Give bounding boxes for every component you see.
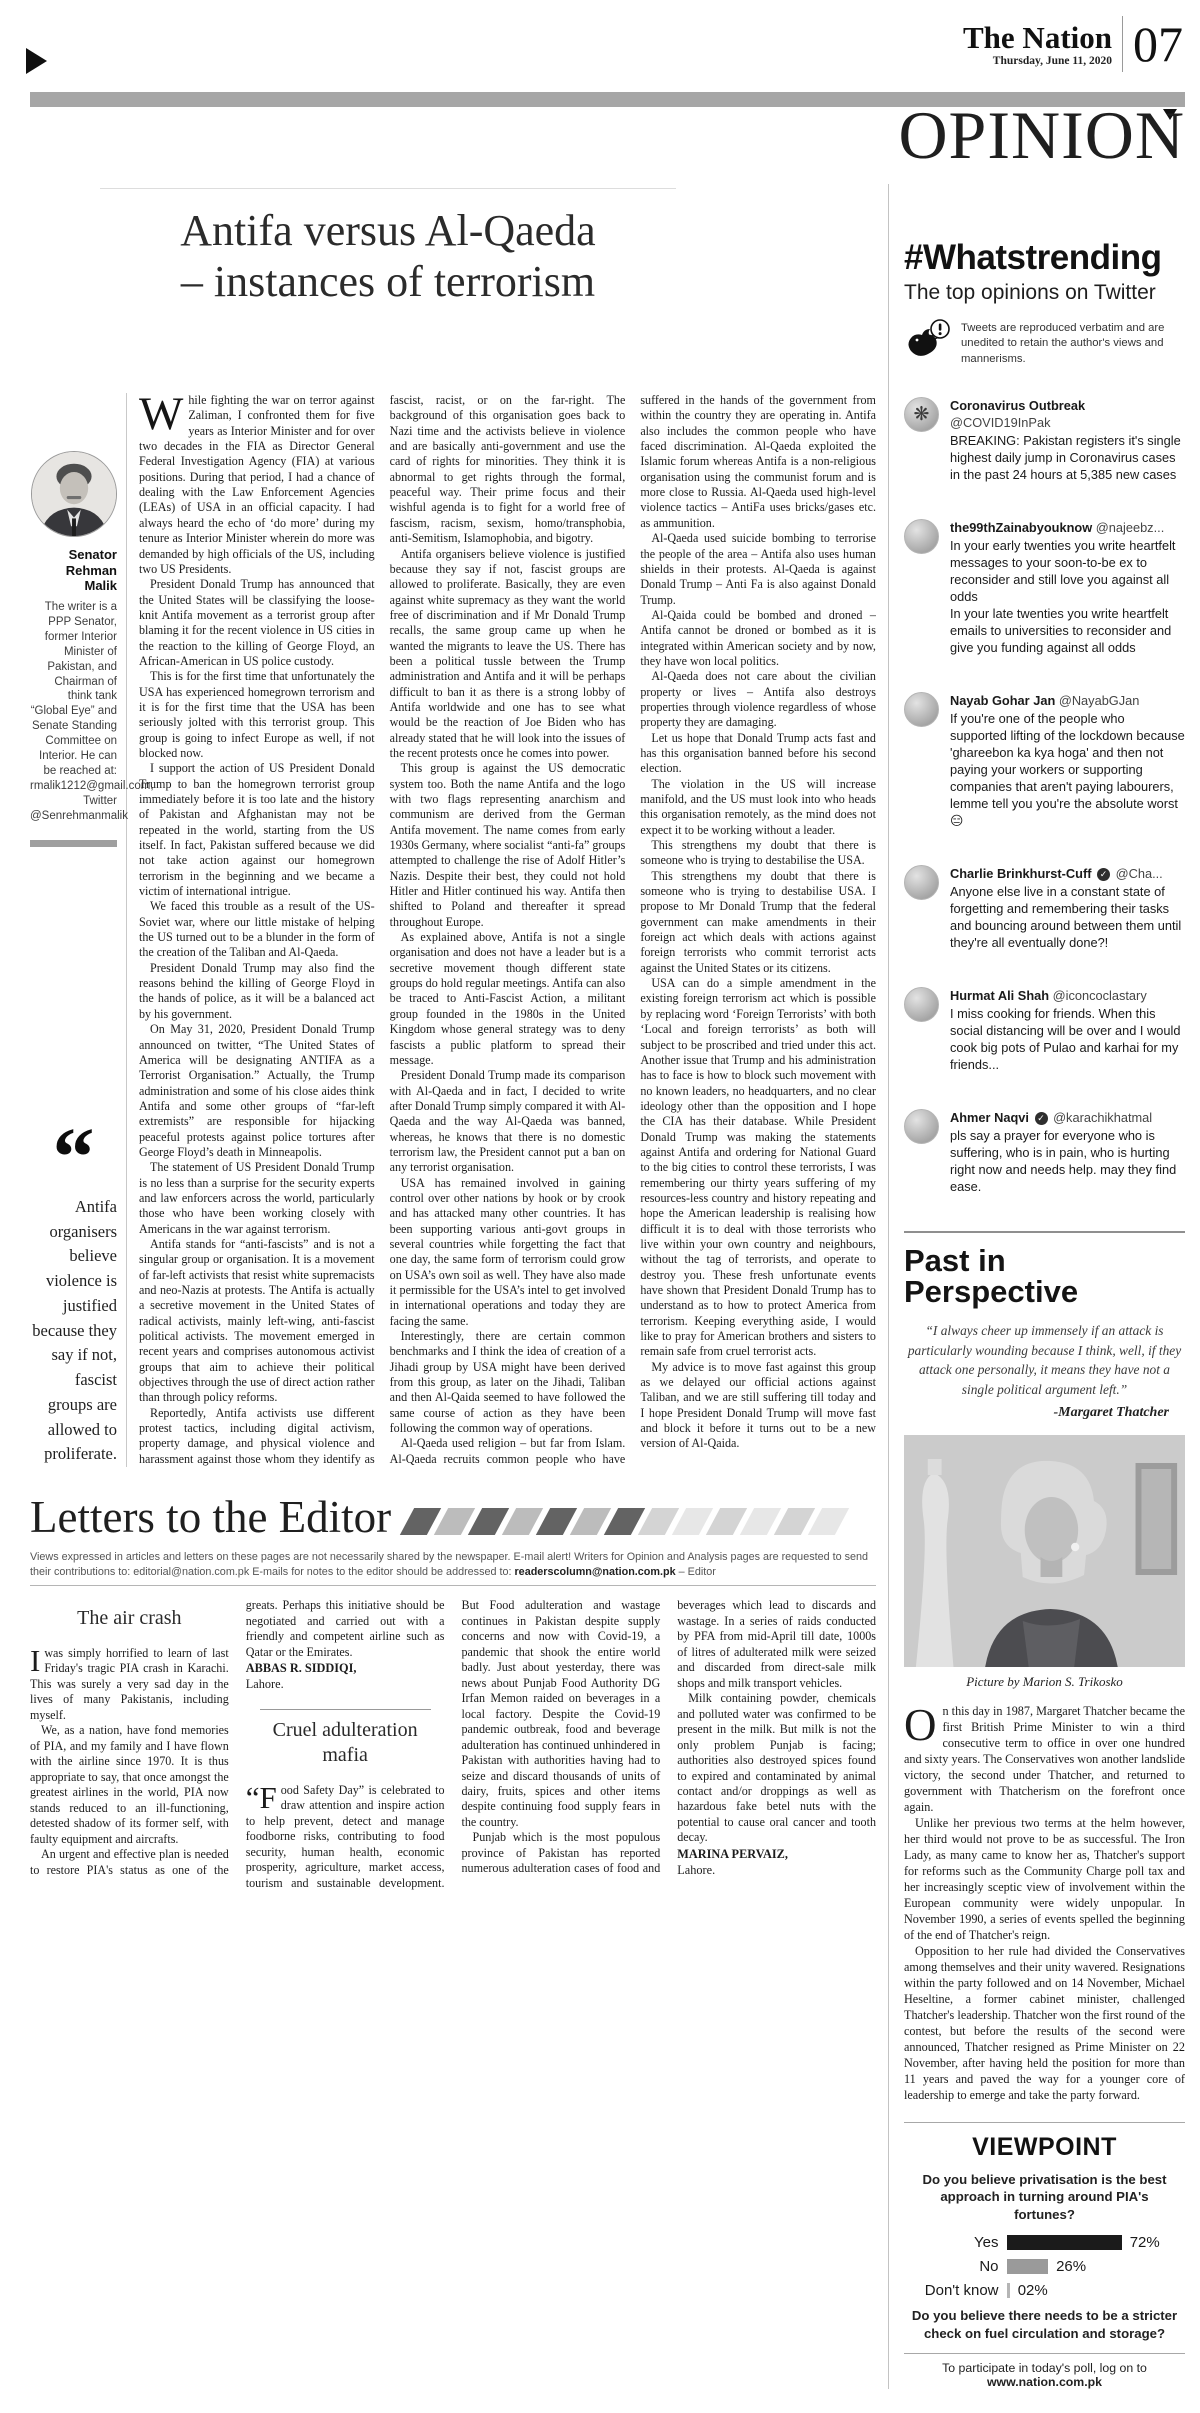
paper-date: Thursday, June 11, 2020: [963, 55, 1112, 67]
quote-icon: “: [30, 1145, 117, 1179]
tweet-text: In your early twenties you write heartfe…: [950, 537, 1185, 656]
pull-quote-text: Antifa organisers believe violence is ju…: [30, 1195, 117, 1467]
poll-option-label: Don't know: [917, 2282, 999, 2299]
pull-quote: “ Antifa organisers believe violence is …: [30, 1119, 117, 1467]
twitter-bird-icon: [904, 319, 952, 361]
tweet-author-handle: @COVID19InPak: [950, 415, 1050, 430]
poll-result-row: No 26%: [917, 2258, 1173, 2275]
article-paragraph: President Donald Trump has announced tha…: [139, 577, 375, 669]
article-title: Antifa versus Al-Qaeda – instances of te…: [100, 188, 676, 307]
avatar: ❋: [904, 397, 939, 432]
tweet-author-handle: @Cha...: [1116, 866, 1163, 881]
poll-option-percent: 26%: [1056, 2258, 1086, 2275]
poll-option-label: Yes: [917, 2234, 999, 2251]
article-paragraph: On May 31, 2020, President Donald Trump …: [139, 1022, 375, 1160]
author-bio-text: The writer is a PPP Senator, former Inte…: [30, 600, 117, 824]
paper-name: The Nation: [963, 22, 1112, 53]
letter-city: Lahore.: [246, 1677, 445, 1693]
article-paragraph: Al-Qaida could be bombed and droned – An…: [640, 608, 876, 669]
article-title-line1: Antifa versus Al-Qaeda: [100, 205, 676, 256]
poll-results: Yes 72% No 26% Don't know: [917, 2234, 1173, 2299]
article-paragraph: While fighting the war on terror against…: [139, 393, 375, 577]
article-paragraph: USA has remained involved in gaining con…: [390, 1176, 626, 1329]
tweet-text: Anyone else live in a constant state of …: [950, 883, 1185, 951]
virus-icon: ❋: [914, 403, 930, 426]
whatstrending-title: #Whatstrending: [904, 240, 1185, 275]
avatar: [904, 865, 939, 900]
author-photo: [31, 451, 117, 537]
letter-signature: MARINA PERVAIZ,: [677, 1847, 876, 1863]
letter-paragraph: Milk containing powder, chemicals and po…: [677, 1691, 876, 1846]
letter-heading: The air crash: [36, 1606, 223, 1632]
article-paragraph: President Donald Trump made its comparis…: [390, 1068, 626, 1175]
masthead: The Nation Thursday, June 11, 2020 07: [963, 16, 1183, 72]
tweet-text: BREAKING: Pakistan registers it's single…: [950, 432, 1185, 483]
tweet: Nayab Gohar Jan ✓ @NayabGJan If you're o…: [904, 692, 1185, 829]
tweets-disclaimer: Tweets are reproduced verbatim and are u…: [904, 319, 1185, 367]
letters-email: readerscolumn@nation.com.pk: [514, 1566, 675, 1578]
tweet: the99thZainabyouknow ✓ @najeebz... In yo…: [904, 519, 1185, 656]
letter-city: Lahore.: [677, 1863, 876, 1879]
past-in-perspective-title: Past in Perspective: [904, 1245, 1185, 1307]
pip-paragraph: Opposition to her rule had divided the C…: [904, 1944, 1185, 2104]
tweet: Charlie Brinkhurst-Cuff ✓ @Cha... Anyone…: [904, 865, 1185, 951]
page-header: The Nation Thursday, June 11, 2020 07 OP…: [30, 0, 1185, 184]
tweet: Ahmer Naqvi ✓ @karachikhatmal pls say a …: [904, 1109, 1185, 1195]
thatcher-photo-image: [904, 1435, 1185, 1667]
viewpoint-title: VIEWPOINT: [904, 2133, 1185, 2162]
letter-heading: Cruel adulteration mafia: [252, 1718, 439, 1769]
article-paragraph: The statement of US President Donald Tru…: [139, 1160, 375, 1237]
letters-title: Letters to the Editor: [30, 1495, 391, 1540]
tweet: ❋ Coronavirus Outbreak ✓ @COVID19InPak B…: [904, 397, 1185, 483]
poll-option-percent: 72%: [1130, 2234, 1160, 2251]
tweet-text: I miss cooking for friends. When this so…: [950, 1005, 1185, 1073]
bio-divider-bar: [30, 840, 117, 847]
article-paragraph: I support the action of US President Don…: [139, 761, 375, 899]
poll-question-2: Do you believe there needs to be a stric…: [910, 2307, 1179, 2343]
article-paragraph: This strengthens my doubt that there is …: [640, 838, 876, 869]
page-fold-icon: [26, 48, 47, 74]
article-title-line2: – instances of terrorism: [100, 256, 676, 307]
tweet-text: pls say a prayer for everyone who is suf…: [950, 1127, 1185, 1195]
letters-columns: The air crash I was simply horrified to …: [30, 1598, 876, 1891]
whatstrending-subtitle: The top opinions on Twitter: [904, 281, 1185, 305]
article-paragraph: As explained above, Antifa is not a sing…: [390, 930, 626, 1068]
article-paragraph: Interestingly, there are certain common …: [390, 1329, 626, 1436]
poll-option-label: No: [917, 2258, 999, 2275]
article-paragraph: Al-Qaeda does not care about the civilia…: [640, 669, 876, 730]
avatar: [904, 987, 939, 1022]
decorative-stripes: [407, 1507, 876, 1537]
avatar: [904, 1109, 939, 1144]
masthead-divider: [1122, 16, 1123, 72]
poll-result-bar: [1007, 2283, 1010, 2298]
tweet-author-handle: @najeebz...: [1096, 520, 1164, 535]
tweet-author-name: the99thZainabyouknow: [950, 520, 1092, 535]
verified-icon: ✓: [1035, 1112, 1048, 1125]
article-paragraph: Antifa organisers believe violence is ju…: [390, 547, 626, 762]
tweet-author-name: Charlie Brinkhurst-Cuff: [950, 866, 1091, 881]
poll-result-row: Don't know 02%: [917, 2282, 1173, 2299]
poll-footer: To participate in today's poll, log on t…: [904, 2353, 1185, 2389]
article-paragraph: USA can do a simple amendment in the exi…: [640, 976, 876, 1360]
viewpoint-section: VIEWPOINT Do you believe privatisation i…: [904, 2122, 1185, 2389]
letters-section: Letters to the Editor Views expressed in…: [30, 1495, 876, 1891]
letters-disclaimer: Views expressed in articles and letters …: [30, 1550, 876, 1580]
article-paragraph: Let us hope that Donald Trump acts fast …: [640, 731, 876, 777]
tweet-list: ❋ Coronavirus Outbreak ✓ @COVID19InPak B…: [904, 397, 1185, 1196]
tweets-disclaimer-text: Tweets are reproduced verbatim and are u…: [961, 319, 1185, 367]
author-portrait-image: [32, 452, 116, 536]
article-paragraph: We faced this trouble as a result of the…: [139, 899, 375, 960]
article-paragraph: Antifa stands for “anti-fascists” and is…: [139, 1237, 375, 1406]
article-paragraph: Al-Qaeda used suicide bombing to terrori…: [640, 531, 876, 608]
letter-paragraph: We, as a nation, have fond memories of P…: [30, 1723, 229, 1847]
poll-question-1: Do you believe privatisation is the best…: [910, 2171, 1179, 2224]
thatcher-photo: [904, 1435, 1185, 1667]
poll-option-percent: 02%: [1018, 2282, 1048, 2299]
pip-paragraph: Unlike her previous two terms at the hel…: [904, 1816, 1185, 1944]
article-paragraph: This group is against the US democratic …: [390, 761, 626, 930]
author-name: Senator Rehman Malik: [30, 547, 117, 594]
tweet-author-name: Nayab Gohar Jan: [950, 693, 1055, 708]
divider: [904, 1231, 1185, 1233]
avatar: [904, 692, 939, 727]
pip-paragraph: On this day in 1987, Margaret Thatcher b…: [904, 1704, 1185, 1816]
page-number: 07: [1133, 19, 1183, 69]
tweet-author-handle: @NayabGJan: [1059, 693, 1140, 708]
poll-result-row: Yes 72%: [917, 2234, 1173, 2251]
tweet-text: If you're one of the people who supporte…: [950, 710, 1185, 829]
tweet-author-handle: @iconcoclastary: [1053, 988, 1147, 1003]
past-in-perspective-text: On this day in 1987, Margaret Thatcher b…: [904, 1704, 1185, 2104]
letter-paragraph: I was simply horrified to learn of last …: [30, 1646, 229, 1723]
article-paragraph: President Donald Trump may also find the…: [139, 961, 375, 1022]
poll-website-link: www.nation.com.pk: [987, 2375, 1102, 2389]
avatar: [904, 519, 939, 554]
tweet-author-name: Ahmer Naqvi: [950, 1110, 1029, 1125]
article-paragraph: The violation in the US will increase ma…: [640, 777, 876, 838]
quote-attribution: -Margaret Thatcher: [904, 1405, 1169, 1421]
article-paragraph: This is for the first time that unfortun…: [139, 669, 375, 761]
article-paragraph: My advice is to move fast against this g…: [640, 1360, 876, 1452]
article-body: Senator Rehman Malik The writer is a PPP…: [30, 393, 876, 1467]
tweet: Hurmat Ali Shah ✓ @iconcoclastary I miss…: [904, 987, 1185, 1073]
letter-signature: ABBAS R. SIDDIQI,: [246, 1661, 445, 1677]
newspaper-page: The Nation Thursday, June 11, 2020 07 OP…: [0, 0, 1200, 2413]
section-title: OPINION: [898, 100, 1185, 171]
article-text-columns: While fighting the war on terror against…: [139, 393, 876, 1467]
verified-icon: ✓: [1097, 868, 1110, 881]
sidebar: #Whatstrending The top opinions on Twitt…: [888, 184, 1185, 2389]
tweet-author-handle: @karachikhatmal: [1053, 1110, 1152, 1125]
divider: [30, 1585, 876, 1586]
article-paragraph: This strengthens my doubt that there is …: [640, 869, 876, 976]
photo-caption: Picture by Marion S. Trikosko: [904, 1674, 1185, 1690]
poll-result-bar: [1007, 2259, 1049, 2274]
author-bio-column: Senator Rehman Malik The writer is a PPP…: [30, 393, 127, 1467]
tweet-author-name: Hurmat Ali Shah: [950, 988, 1049, 1003]
thatcher-quote: “I always cheer up immensely if an attac…: [904, 1321, 1185, 1399]
tweet-author-name: Coronavirus Outbreak: [950, 398, 1085, 413]
poll-result-bar: [1007, 2235, 1122, 2250]
divider: [260, 1709, 431, 1710]
